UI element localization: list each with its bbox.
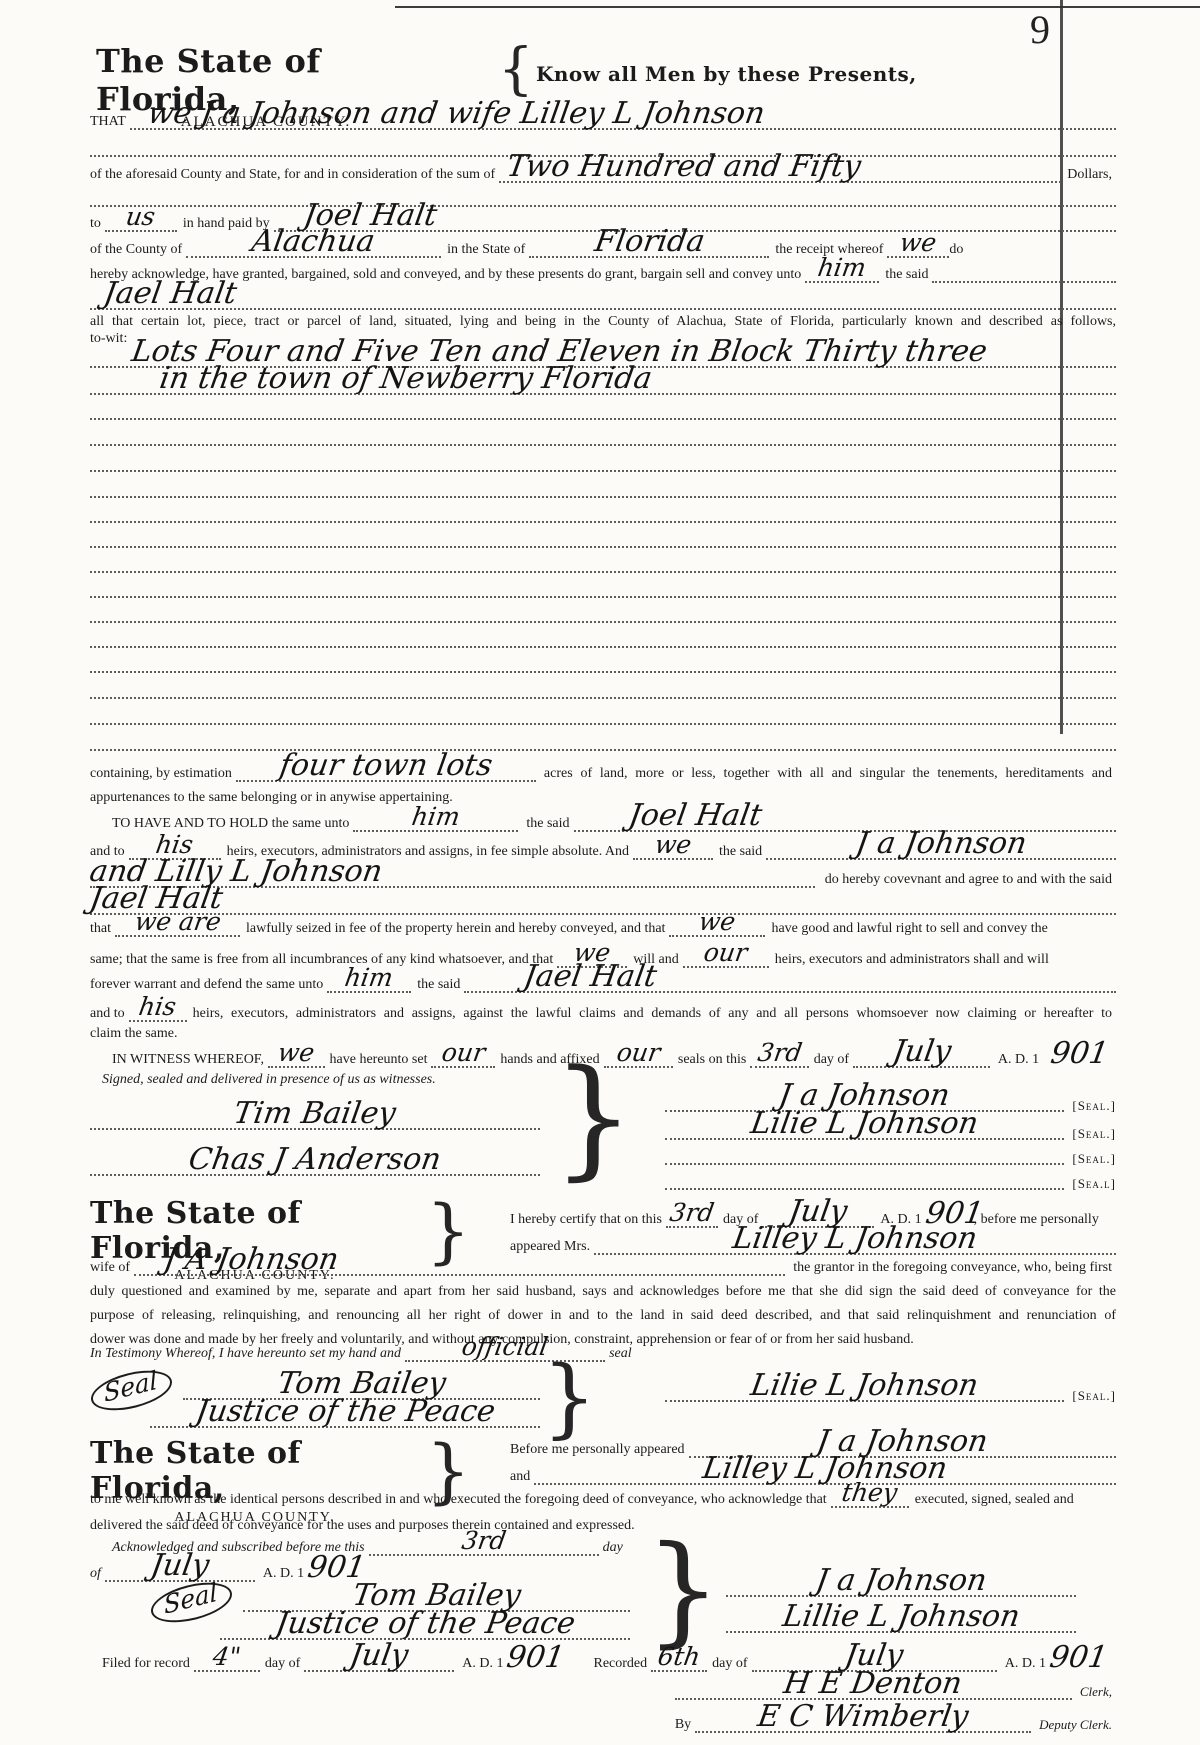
blank-dotted-line: [90, 675, 1116, 699]
us-handwriting: us: [125, 208, 157, 226]
acres-label: acres of land, more or less, together wi…: [536, 766, 1116, 782]
jp2-title-handwriting: Justice of the Peace: [274, 1613, 576, 1634]
filed-dayof-label: day of: [260, 1656, 304, 1672]
and-grantor2-line: Lilley L Johnson: [534, 1458, 1116, 1485]
blank-dotted-line: [90, 649, 1116, 673]
land-description-label: all that certain lot, piece, tract or pa…: [90, 314, 1116, 331]
filed-year-handwriting: 901: [506, 1647, 567, 1668]
recorded-ad-label: A. D. 1: [997, 1656, 1050, 1672]
blank-dotted-line: [90, 701, 1116, 725]
blank-dotted-line: [90, 499, 1116, 523]
grantors-row: THAT we J a Johnson and wife Lilley L Jo…: [90, 106, 1116, 130]
before-label: Before me personally appeared: [510, 1442, 689, 1458]
grantors-line: we J a Johnson and wife Lilley L Johnson: [130, 103, 1116, 130]
heirs-said-label: the said: [713, 844, 766, 860]
certify-before-label: , before me personally: [974, 1212, 1103, 1228]
blank-dotted-line: [90, 448, 1116, 472]
brace-icon: }: [542, 1362, 597, 1435]
seal-circle-handwriting: Seal: [103, 1371, 158, 1402]
recorded-day-handwriting: 6th: [657, 1648, 702, 1666]
witness-year-handwriting: 901: [1049, 1043, 1110, 1064]
warrant-said-label: the said: [411, 977, 464, 993]
unto-him-line: him: [805, 259, 879, 283]
payer-handwriting: Joel Halt: [302, 205, 438, 226]
dower-paragraph-2: purpose of releasing, relinquishing, and…: [90, 1308, 1116, 1325]
and-to2-label: and to: [90, 1006, 129, 1022]
seal-row-2: Lilie L Johnson [Seal.]: [665, 1116, 1116, 1140]
seal-sig2-handwriting: Lilie L Johnson: [749, 1113, 979, 1134]
that2-label: that: [90, 921, 115, 937]
covenant-label: do hereby covevnant and agree to and wit…: [815, 872, 1116, 888]
brace-icon: }: [552, 1062, 635, 1173]
containing-handwriting: four town lots: [278, 755, 493, 776]
jp-title-row: Justice of the Peace: [150, 1404, 540, 1428]
blank-dotted-line: [90, 574, 1116, 598]
witness-we-line: we: [268, 1044, 325, 1068]
to-have-grantee-line: Joel Halt: [574, 805, 1117, 832]
and-we-line: we: [633, 836, 713, 860]
witness-our1-handwriting: our: [440, 1044, 486, 1062]
appeared-handwriting: Lilley L Johnson: [731, 1228, 978, 1249]
consideration-row: of the aforesaid County and State, for a…: [90, 159, 1116, 183]
clerk-row: H E Denton Clerk,: [675, 1676, 1116, 1700]
county-handwriting: Alachua: [251, 231, 377, 252]
certify-label: I hereby certify that on this: [510, 1212, 666, 1228]
seal-label-4: [Sea.l]: [1064, 1177, 1116, 1190]
blank-dotted-line: [90, 549, 1116, 573]
filed-day-line: 4": [194, 1648, 260, 1672]
witness-sig1-line: Tim Bailey: [90, 1103, 540, 1130]
by-label: By: [675, 1717, 695, 1733]
receipt-we-line: we: [887, 234, 949, 258]
grantor1-handwriting: J a Johnson: [854, 833, 1028, 854]
grantee-handwriting: Jael Halt: [102, 283, 238, 304]
brace-icon: }: [645, 1540, 721, 1642]
seal-word-label: seal: [605, 1346, 636, 1362]
his2-line: his: [129, 998, 187, 1022]
witness-sig1-row: Tim Bailey: [90, 1106, 540, 1130]
warrant-grantee-line: Jael Halt: [464, 966, 1116, 993]
dower-seal-label: [Seal.]: [1064, 1389, 1116, 1402]
we-are-line: we are: [115, 913, 240, 937]
warrant-grantee-handwriting: Jael Halt: [523, 966, 659, 987]
blank-dotted-line: [90, 599, 1116, 623]
and-label: and: [510, 1469, 534, 1485]
witness-we-handwriting: we: [277, 1044, 316, 1062]
deed-document-page: 9 The State of Florida, ALACHUA COUNTY. …: [0, 0, 1200, 1745]
clerk-label: Clerk,: [1072, 1685, 1116, 1700]
ack-day-handwriting: 3rd: [460, 1532, 507, 1550]
before-grantor1-handwriting: J a Johnson: [815, 1431, 989, 1452]
to-have-grantee-handwriting: Joel Halt: [627, 805, 763, 826]
seal-row-4: [Sea.l]: [665, 1166, 1116, 1190]
warrant-row: forever warrant and defend the same unto…: [90, 969, 1116, 993]
executed-label: executed, signed, sealed and: [909, 1492, 1078, 1508]
brace-icon: {: [498, 46, 534, 94]
containing-label: containing, by estimation: [90, 766, 236, 782]
grantor1-line: J a Johnson: [766, 833, 1116, 860]
grantor2-handwriting: and Lilly L Johnson: [88, 861, 383, 882]
grantor-foregoing-label: the grantor in the foregoing conveyance,…: [785, 1260, 1116, 1276]
witness-sig2-line: Chas J Anderson: [90, 1149, 540, 1176]
we-are-handwriting: we are: [133, 913, 222, 931]
filed-month-line: July: [304, 1645, 454, 1672]
seized-row: that we are lawfully seized in fee of th…: [90, 913, 1116, 937]
deputy-clerk-row: By E C Wimberly Deputy Clerk.: [675, 1709, 1116, 1733]
seized-end-label: have good and lawful right to sell and c…: [765, 921, 1051, 937]
to-label: to: [90, 216, 105, 232]
witness-sig1-handwriting: Tim Bailey: [233, 1103, 398, 1124]
covenant-grantee-line: Jael Halt: [90, 888, 1116, 915]
seal-label-3: [Seal.]: [1064, 1152, 1116, 1165]
to-have-label: TO HAVE AND TO HOLD the same unto: [90, 816, 353, 832]
land-desc2-line: in the town of Newberry Florida: [90, 368, 1116, 395]
dollars-label: Dollars,: [1061, 167, 1116, 183]
dower-sig-handwriting: Lilie L Johnson: [749, 1375, 979, 1396]
testimony-row: In Testimony Whereof, I have hereunto se…: [90, 1338, 730, 1362]
seal-sig1-handwriting: J a Johnson: [778, 1085, 952, 1106]
containing-row: containing, by estimation four town lots…: [90, 758, 1116, 782]
consideration-label: of the aforesaid County and State, for a…: [90, 167, 499, 183]
recorded-year-handwriting: 901: [1048, 1647, 1109, 1668]
claims-label: heirs, executors, administrators and ass…: [187, 1006, 1116, 1022]
deputy-handwriting: E C Wimberly: [756, 1706, 969, 1727]
witness-day-handwriting: 3rd: [756, 1044, 803, 1062]
acknowledgment-header: The State of Florida, ALACHUA COUNTY.: [90, 1436, 420, 1526]
recorded-day-line: 6th: [651, 1648, 707, 1672]
husband-line: J A Johnson: [134, 1249, 785, 1276]
seized-we-line: we: [669, 913, 765, 937]
witness-our1-line: our: [431, 1044, 495, 1068]
consideration-handwriting: Two Hundred and Fifty: [505, 156, 862, 177]
seal-label-2: [Seal.]: [1064, 1127, 1116, 1140]
of-county-label: of the County of: [90, 242, 186, 258]
grantee-row: Jael Halt: [90, 286, 1116, 310]
do-label: do: [949, 242, 967, 258]
deputy-label: Deputy Clerk.: [1031, 1718, 1116, 1733]
and-grantor2-row: and Lilley L Johnson: [510, 1461, 1116, 1485]
covenant-grantee-row: Jael Halt: [90, 891, 1116, 915]
filed-ad-label: A. D. 1: [454, 1656, 507, 1672]
our-line: our: [683, 944, 769, 968]
signed-note: Signed, sealed and delivered in presence…: [102, 1072, 542, 1089]
witness5-label: day of: [809, 1052, 853, 1068]
land-desc2-handwriting: in the town of Newberry Florida: [158, 368, 653, 389]
blank-dotted-line: [90, 183, 1116, 207]
warrant-him-handwriting: him: [344, 969, 395, 987]
clerk-line: H E Denton: [675, 1673, 1072, 1700]
ack-month-handwriting: July: [149, 1555, 210, 1576]
and-grantor2-handwriting: Lilley L Johnson: [701, 1458, 948, 1479]
seized-label: lawfully seized in fee of the property h…: [240, 921, 669, 937]
they-line: they: [831, 1484, 909, 1508]
witness-day-line: 3rd: [750, 1044, 808, 1068]
recorded-dayof-label: day of: [707, 1656, 751, 1672]
document-content: The State of Florida, ALACHUA COUNTY. { …: [90, 0, 1116, 1745]
witness2-label: have hereunto set: [325, 1052, 432, 1068]
witness-sig2-row: Chas J Anderson: [90, 1152, 540, 1176]
seal-line-3: [665, 1163, 1065, 1165]
jp2-title-row: Justice of the Peace: [220, 1616, 630, 1640]
deputy-line: E C Wimberly: [695, 1706, 1031, 1733]
in-state-label: in the State of: [441, 242, 529, 258]
jp2-sig-handwriting: Tom Bailey: [351, 1585, 522, 1606]
to-have-him-handwriting: him: [411, 808, 462, 826]
land-desc1-handwriting: Lots Four and Five Ten and Eleven in Blo…: [130, 341, 988, 362]
wife-of-label: wife of: [90, 1260, 134, 1276]
ack-sig1-handwriting: J a Johnson: [814, 1570, 988, 1591]
ack-of-label: of: [90, 1566, 105, 1582]
our-handwriting: our: [703, 944, 749, 962]
certify-month-handwriting: July: [788, 1201, 849, 1222]
ack-sig1-line: J a Johnson: [726, 1570, 1076, 1597]
clerk-handwriting: H E Denton: [783, 1673, 964, 1694]
land-desc2-row: in the town of Newberry Florida: [90, 371, 1116, 395]
ack-sig2-row: Lillie L Johnson: [726, 1609, 1076, 1633]
certify-day-handwriting: 3rd: [669, 1204, 716, 1222]
ack-sig2-handwriting: Lillie L Johnson: [781, 1606, 1021, 1627]
blank-dotted-line: [90, 396, 1116, 420]
jp2-title-line: Justice of the Peace: [220, 1613, 630, 1640]
warrant-label: forever warrant and defend the same unto: [90, 977, 327, 993]
filed-year-slot: 901: [507, 1647, 567, 1672]
filed-month-handwriting: July: [349, 1645, 410, 1666]
seal-row-3: [Seal.]: [665, 1141, 1116, 1165]
witness4-label: seals on this: [673, 1052, 750, 1068]
blank-dotted-line: [90, 524, 1116, 548]
filed-label: Filed for record: [102, 1656, 194, 1672]
ack-day-line: 3rd: [369, 1532, 599, 1556]
recorded-year-slot: 901: [1050, 1647, 1116, 1672]
to-have-said-label: the said: [518, 816, 573, 832]
recorded-label: Recorded: [593, 1656, 651, 1672]
his-handwriting: his: [155, 836, 195, 854]
and-we-handwriting: we: [654, 836, 693, 854]
witness-month-line: July: [853, 1041, 990, 1068]
blank-dotted-line: [90, 727, 1116, 751]
claims-row: and to his heirs, executors, administrat…: [90, 998, 1116, 1022]
grantors-handwriting: we J a Johnson and wife Lilley L Johnson: [146, 103, 766, 124]
recorded-month-handwriting: July: [844, 1645, 905, 1666]
grantor2-row: and Lilly L Johnson do hereby covevnant …: [90, 864, 1116, 888]
wife-of-row: wife of J A Johnson the grantor in the f…: [90, 1252, 1116, 1276]
containing-line: four town lots: [236, 755, 536, 782]
witness-month-handwriting: July: [891, 1041, 952, 1062]
certify-day-line: 3rd: [666, 1204, 718, 1228]
ack-ad-label: A. D. 1: [255, 1566, 308, 1582]
the-said-label: the said: [879, 267, 932, 283]
receipt-we-handwriting: we: [899, 234, 938, 252]
dower-sig-line: Lilie L Johnson: [665, 1375, 1065, 1402]
husband-handwriting: J A Johnson: [162, 1249, 340, 1270]
seal-label-1: [Seal.]: [1064, 1099, 1116, 1112]
known-row: to me well known as the identical person…: [90, 1484, 1116, 1508]
consideration-line: Two Hundred and Fifty: [499, 156, 1061, 183]
ack-sig2-line: Lillie L Johnson: [726, 1606, 1076, 1633]
seized-we-handwriting: we: [698, 913, 737, 931]
official-handwriting: official: [461, 1338, 549, 1356]
in-witness-label: IN WITNESS WHEREOF,: [90, 1052, 268, 1068]
ack-month-line: July: [105, 1555, 255, 1582]
that-label: THAT: [90, 114, 130, 130]
county-line: Alachua: [186, 231, 441, 258]
testimony-label: In Testimony Whereof, I have hereunto se…: [90, 1346, 405, 1362]
state-line: Florida: [529, 231, 769, 258]
to-have-him-line: him: [353, 808, 518, 832]
jp-title-handwriting: Justice of the Peace: [194, 1401, 496, 1422]
dower-paragraph-1: duly questioned and examined by me, sepa…: [90, 1284, 1116, 1301]
seal-line-2: Lilie L Johnson: [665, 1113, 1065, 1140]
his2-handwriting: his: [138, 998, 178, 1016]
they-handwriting: they: [841, 1484, 899, 1502]
blank-dotted-line: [90, 422, 1116, 446]
known-label: to me well known as the identical person…: [90, 1492, 831, 1508]
seal-line-4: [665, 1188, 1065, 1190]
us-line: us: [105, 208, 177, 232]
blank-dotted-line: [90, 474, 1116, 498]
seal-circle2-handwriting: Seal: [163, 1583, 218, 1614]
him-handwriting: him: [817, 259, 868, 277]
grantee-line: Jael Halt: [90, 283, 1116, 310]
county-state-row: of the County of Alachua in the State of…: [90, 234, 1116, 258]
warrant-him-line: him: [327, 969, 411, 993]
ack-year-handwriting: 901: [306, 1557, 367, 1578]
dower-sig-row: Lilie L Johnson [Seal.]: [665, 1378, 1116, 1402]
covenant-grantee-handwriting: Jael Halt: [88, 888, 224, 909]
filed-day-handwriting: 4": [212, 1648, 242, 1666]
witness-sig2-handwriting: Chas J Anderson: [187, 1149, 442, 1170]
jp-sig-handwriting: Tom Bailey: [276, 1373, 447, 1394]
ack-day-label: day: [599, 1540, 627, 1556]
presents-heading: Know all Men by these Presents,: [536, 62, 917, 86]
jp-title-line: Justice of the Peace: [150, 1401, 540, 1428]
state-handwriting: Florida: [593, 231, 706, 252]
witness6-label: A. D. 1: [990, 1052, 1043, 1068]
blank-dotted-line: [90, 624, 1116, 648]
witness-year-line: 901: [1043, 1043, 1116, 1068]
ack-sig1-row: J a Johnson: [726, 1573, 1076, 1597]
grant-row: hereby acknowledge, have granted, bargai…: [90, 259, 1116, 283]
